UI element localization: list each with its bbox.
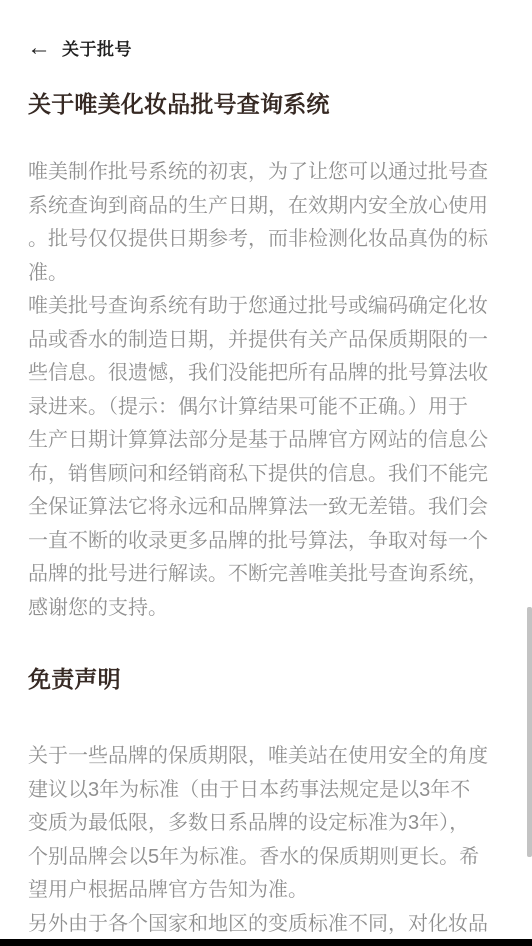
bottom-edge-bar — [0, 939, 532, 946]
section-heading-disclaimer: 免责声明 — [28, 666, 121, 693]
page-title: 关于批号 — [62, 41, 132, 59]
disclaimer-body-text: 关于一些品牌的保质期限，唯美站在使用安全的角度 建议以3年为标准（由于日本药事法… — [28, 740, 528, 941]
about-batch-code-screen: ← 关于批号 关于唯美化妆品批号查询系统 唯美制作批号系统的初衷，为了让您可以通… — [0, 0, 532, 946]
section-heading-about-system: 关于唯美化妆品批号查询系统 — [28, 91, 330, 118]
back-arrow-icon: ← — [27, 34, 51, 61]
scrollbar-thumb[interactable] — [527, 607, 532, 857]
about-system-body-text: 唯美制作批号系统的初衷，为了让您可以通过批号查 系统查询到商品的生产日期，在效期… — [28, 156, 528, 625]
back-button[interactable]: ← — [27, 34, 53, 62]
top-bar: ← 关于批号 — [0, 0, 532, 72]
